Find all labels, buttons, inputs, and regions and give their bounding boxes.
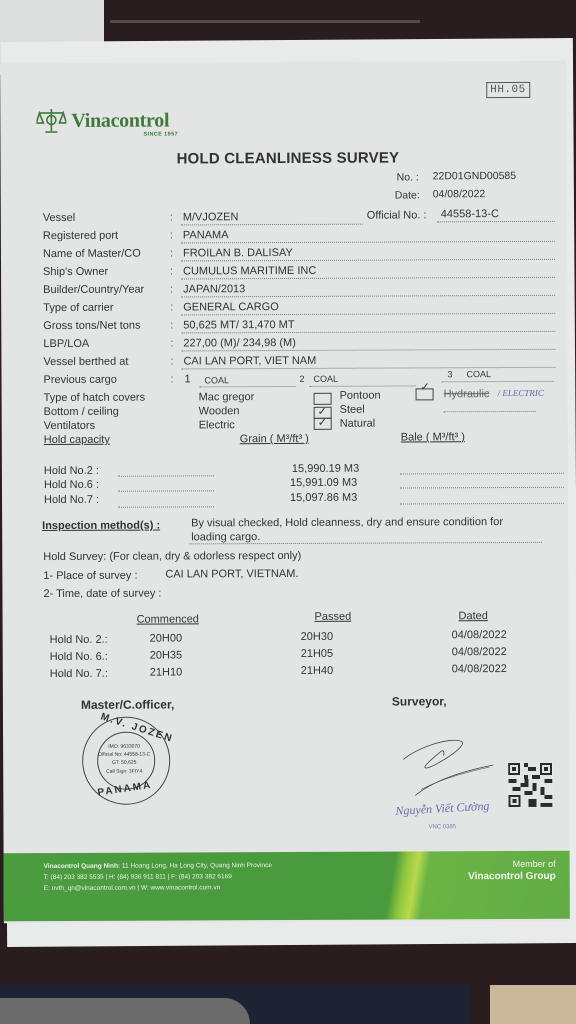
vessel-label: Vessel	[43, 212, 75, 224]
ventilator-option-natural: Natural	[340, 418, 376, 430]
table-row-hold: Hold No. 6.:	[50, 651, 108, 663]
company-footer: Vinacontrol Quang Ninh: 11 Hoang Long, H…	[4, 851, 570, 921]
field-line	[118, 490, 214, 491]
hold-label: Hold No.7 :	[44, 494, 99, 506]
survey-document: HH.05 Vinacontrol SINCE 1957 HOLD CLEANL…	[0, 61, 570, 923]
owner-value: CUMULUS MARITIME INC	[183, 265, 316, 278]
carrier-type-value: GENERAL CARGO	[183, 301, 279, 313]
background-floor	[490, 985, 576, 1024]
checkmark-icon: ✓	[318, 418, 327, 428]
inspection-method-label: Inspection method(s) :	[42, 520, 160, 533]
tonnage-label: Gross tons/Net tons	[43, 320, 140, 332]
footer-address: Vinacontrol Quang Ninh: 11 Hoang Long, H…	[44, 862, 272, 870]
hatch-covers-label: Type of hatch covers	[44, 392, 146, 404]
colon: :	[170, 283, 173, 295]
master-value: FROILAN B. DALISAY	[183, 247, 293, 259]
colon: :	[170, 229, 173, 241]
master-signature-label: Master/C.officer,	[81, 697, 174, 711]
master-label: Name of Master/CO	[43, 248, 141, 260]
vessel-value: M/VJOZEN	[183, 211, 239, 223]
colon: :	[170, 247, 173, 259]
berth-label: Vessel berthed at	[43, 356, 128, 368]
official-no-label: Official No. :	[367, 209, 427, 221]
hatch-option-pontoon: Pontoon	[340, 390, 381, 402]
field-line	[181, 349, 555, 352]
column-dated: Dated	[459, 610, 488, 622]
hold-label: Hold No.6 :	[44, 479, 99, 491]
ventilator-option-electric: Electric	[199, 419, 235, 431]
hold-label: Hold No.2 :	[44, 465, 99, 477]
field-line	[437, 221, 555, 223]
document-number-label: No. :	[397, 171, 419, 183]
previous-cargo-1-num: 1	[184, 373, 190, 385]
hatch-option-mac-gregor: Mac gregor	[199, 391, 255, 403]
time-of-survey-label: 2- Time, date of survey :	[43, 588, 161, 601]
field-line	[442, 381, 554, 382]
table-row-hold: Hold No. 2.:	[50, 634, 108, 646]
previous-cargo-3: COAL	[466, 369, 491, 379]
field-line	[189, 542, 542, 545]
checkmark-icon: ✓	[318, 407, 327, 417]
field-line	[181, 224, 363, 226]
company-logo: Vinacontrol	[71, 110, 169, 133]
document-date-label: Date:	[395, 189, 420, 201]
footer-group-name: Vinacontrol Group	[468, 871, 556, 882]
table-row-dated: 04/08/2022	[452, 663, 507, 675]
field-line	[400, 473, 564, 475]
column-passed: Passed	[315, 611, 352, 623]
colon: :	[170, 211, 173, 223]
field-line	[118, 475, 214, 476]
previous-cargo-2: COAL	[313, 374, 338, 384]
table-row-hold: Hold No. 7.:	[50, 668, 108, 680]
table-row-dated: 04/08/2022	[452, 629, 507, 641]
owner-label: Ship's Owner	[43, 266, 108, 278]
stamp-imo: IMO: 9633070	[96, 744, 152, 750]
table-row-passed: 21H05	[301, 648, 333, 660]
official-no-value: 44558-13-C	[441, 208, 499, 220]
carrier-type-label: Type of carrier	[43, 302, 113, 314]
hatch-option-hydraulic: Hydraulic	[444, 388, 490, 400]
handwritten-electric: / ELECTRIC	[498, 388, 544, 398]
dimensions-value: 227,00 (M)/ 234,98 (M)	[183, 337, 296, 349]
footer-contact: E: nvth_qn@vinacontrol.com.vn | W: www.v…	[44, 884, 221, 892]
place-of-survey-value: CAI LAN PORT, VIETNAM.	[165, 568, 298, 581]
dimensions-label: LBP/LOA	[43, 338, 89, 350]
field-line	[400, 487, 564, 489]
page-title: HOLD CLEANLINESS SURVEY	[177, 149, 400, 167]
table-row-passed: 21H40	[301, 665, 333, 677]
ventilators-label: Ventilators	[44, 420, 95, 432]
previous-cargo-3-num: 3	[447, 369, 452, 379]
builder-value: JAPAN/2013	[183, 283, 245, 295]
surveyor-signature	[401, 737, 496, 797]
previous-cargo-2-num: 2	[299, 374, 304, 384]
builder-label: Builder/Country/Year	[43, 284, 144, 296]
field-line	[400, 503, 564, 505]
inspection-method-line2: loading cargo.	[191, 531, 260, 543]
colon: :	[170, 373, 173, 385]
logo-tagline: SINCE 1957	[143, 131, 178, 137]
checkmark-icon: ✓	[421, 382, 430, 392]
field-line	[444, 411, 536, 412]
colon: :	[170, 301, 173, 313]
field-line	[181, 241, 555, 244]
table-row-commenced: 21H10	[150, 666, 182, 678]
hold-grain: 15,991.09 M3	[290, 477, 357, 489]
registered-port-label: Registered port	[43, 230, 118, 242]
previous-cargo-1: COAL	[204, 375, 229, 385]
qr-code	[508, 763, 552, 807]
surveyor-name: Nguyễn Viết Cường	[395, 799, 490, 819]
colon: :	[170, 337, 173, 349]
field-line	[181, 295, 555, 298]
field-line	[200, 386, 296, 387]
background-object	[0, 998, 250, 1024]
field-line	[181, 313, 555, 316]
field-line	[181, 259, 555, 262]
hold-grain: 15,097.86 M3	[290, 492, 357, 504]
pontoon-checkbox[interactable]	[314, 393, 332, 405]
surveyor-code: VNC 0385	[428, 824, 456, 830]
bottom-option-steel: Steel	[340, 404, 365, 416]
stamp-official-no: Official No: 44558-13-C	[96, 752, 152, 758]
footer-member-of: Member of	[513, 859, 556, 869]
hold-capacity-label: Hold capacity	[44, 434, 110, 446]
bottom-label: Bottom / ceiling	[44, 406, 119, 418]
inspection-method-line1: By visual checked, Hold cleanness, dry a…	[191, 516, 503, 529]
table-row-dated: 04/08/2022	[452, 646, 507, 658]
colon: :	[170, 265, 173, 277]
registered-port-value: PANAMA	[183, 229, 229, 241]
grain-header: Grain ( M³/ft³ )	[240, 433, 309, 445]
document-number: 22D01GND00585	[433, 170, 517, 182]
table-row-commenced: 20H00	[150, 632, 182, 644]
document-date: 04/08/2022	[433, 188, 486, 200]
scales-of-justice-icon	[36, 107, 66, 135]
footer-office-address: 11 Hoang Long, Ha Long City, Quang Ninh …	[122, 862, 272, 870]
previous-cargo-label: Previous cargo	[43, 374, 116, 386]
field-line	[310, 385, 416, 386]
form-code: HH.05	[486, 82, 530, 98]
field-line	[118, 506, 214, 507]
colon: :	[170, 355, 173, 367]
hold-survey-heading: Hold Survey: (For clean, dry & odorless …	[43, 550, 301, 563]
surveyor-signature-label: Surveyor,	[392, 694, 447, 708]
field-line	[181, 331, 555, 334]
footer-phones: T: (84) 203 382 5535 | H: (84) 936 911 8…	[44, 873, 232, 881]
background-rail	[110, 20, 420, 23]
berth-value: CAI LAN PORT, VIET NAM	[183, 355, 316, 368]
field-line	[181, 367, 555, 370]
place-of-survey-label: 1- Place of survey :	[43, 570, 137, 582]
hold-grain: 15,990.19 M3	[292, 463, 359, 475]
bottom-option-wooden: Wooden	[199, 405, 240, 417]
colon: :	[170, 319, 173, 331]
table-row-commenced: 20H35	[150, 649, 182, 661]
footer-office-label: Vinacontrol Quang Ninh:	[44, 863, 120, 870]
field-line	[181, 277, 555, 280]
bale-header: Bale ( M³/ft³ )	[401, 431, 465, 443]
tonnage-value: 50,625 MT/ 31,470 MT	[183, 319, 294, 331]
stamp-gt: GT: 50,625	[96, 760, 152, 766]
stamp-call-sign: Call Sign: 3FIY4	[96, 769, 152, 775]
table-row-passed: 20H30	[301, 631, 333, 643]
column-commenced: Commenced	[137, 613, 199, 625]
